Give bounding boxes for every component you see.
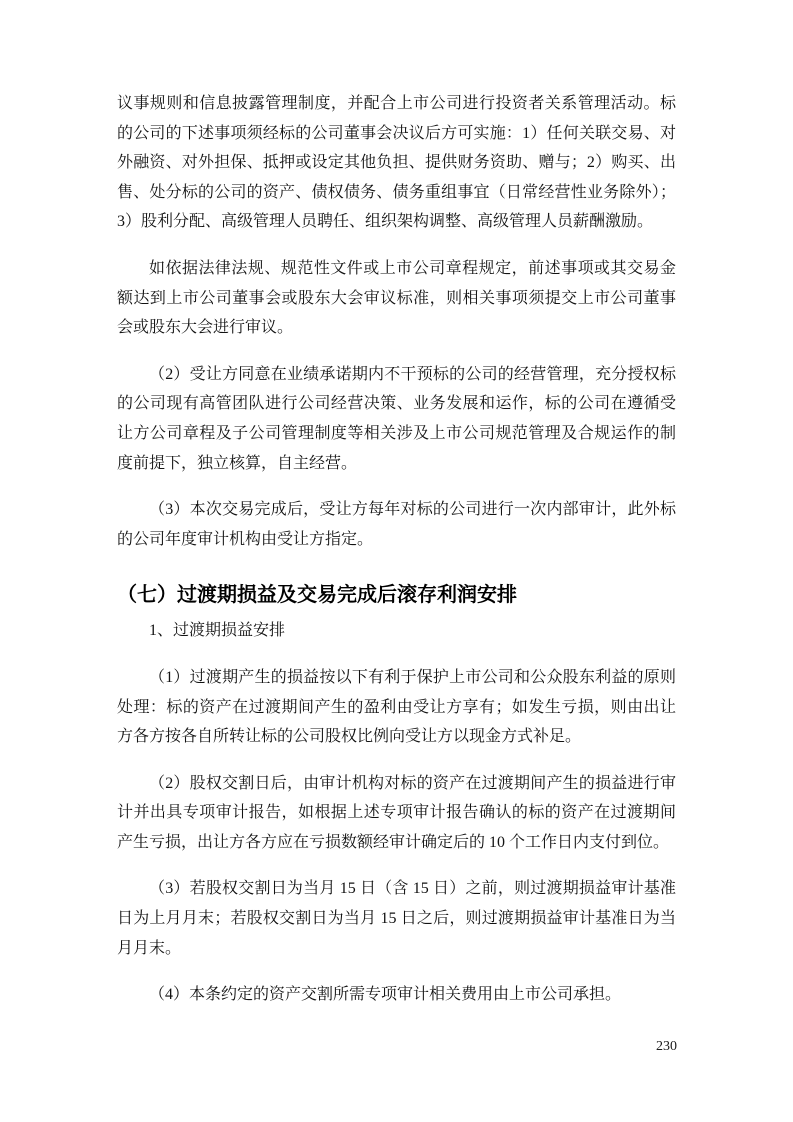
paragraph: （2）股权交割日后，由审计机构对标的资产在过渡期间产生的损益进行审计并出具专项审… [117, 769, 676, 858]
section-heading: （七）过渡期损益及交易完成后滚存利润安排 [117, 580, 676, 610]
paragraph-continuation: 议事规则和信息披露管理制度，并配合上市公司进行投资者关系管理活动。标的公司的下述… [117, 89, 676, 237]
paragraph: （3）若股权交割日为当月 15 日（含 15 日）之前，则过渡期损益审计基准日为… [117, 874, 676, 963]
page-number: 230 [656, 1040, 677, 1054]
paragraph: 如依据法律法规、规范性文件或上市公司章程规定，前述事项或其交易金额达到上市公司董… [117, 254, 676, 343]
paragraph: （1）过渡期产生的损益按以下有利于保护上市公司和公众股东利益的原则处理：标的资产… [117, 663, 676, 752]
subsection-heading: 1、过渡期损益安排 [117, 616, 676, 646]
paragraph: （3）本次交易完成后，受让方每年对标的公司进行一次内部审计，此外标的公司年度审计… [117, 495, 676, 554]
paragraph: （4）本条约定的资产交割所需专项审计相关费用由上市公司承担。 [117, 980, 676, 1010]
document-page: 议事规则和信息披露管理制度，并配合上市公司进行投资者关系管理活动。标的公司的下述… [0, 0, 793, 1122]
paragraph: （2）受让方同意在业绩承诺期内不干预标的公司的经营管理，充分授权标的公司现有高管… [117, 360, 676, 478]
